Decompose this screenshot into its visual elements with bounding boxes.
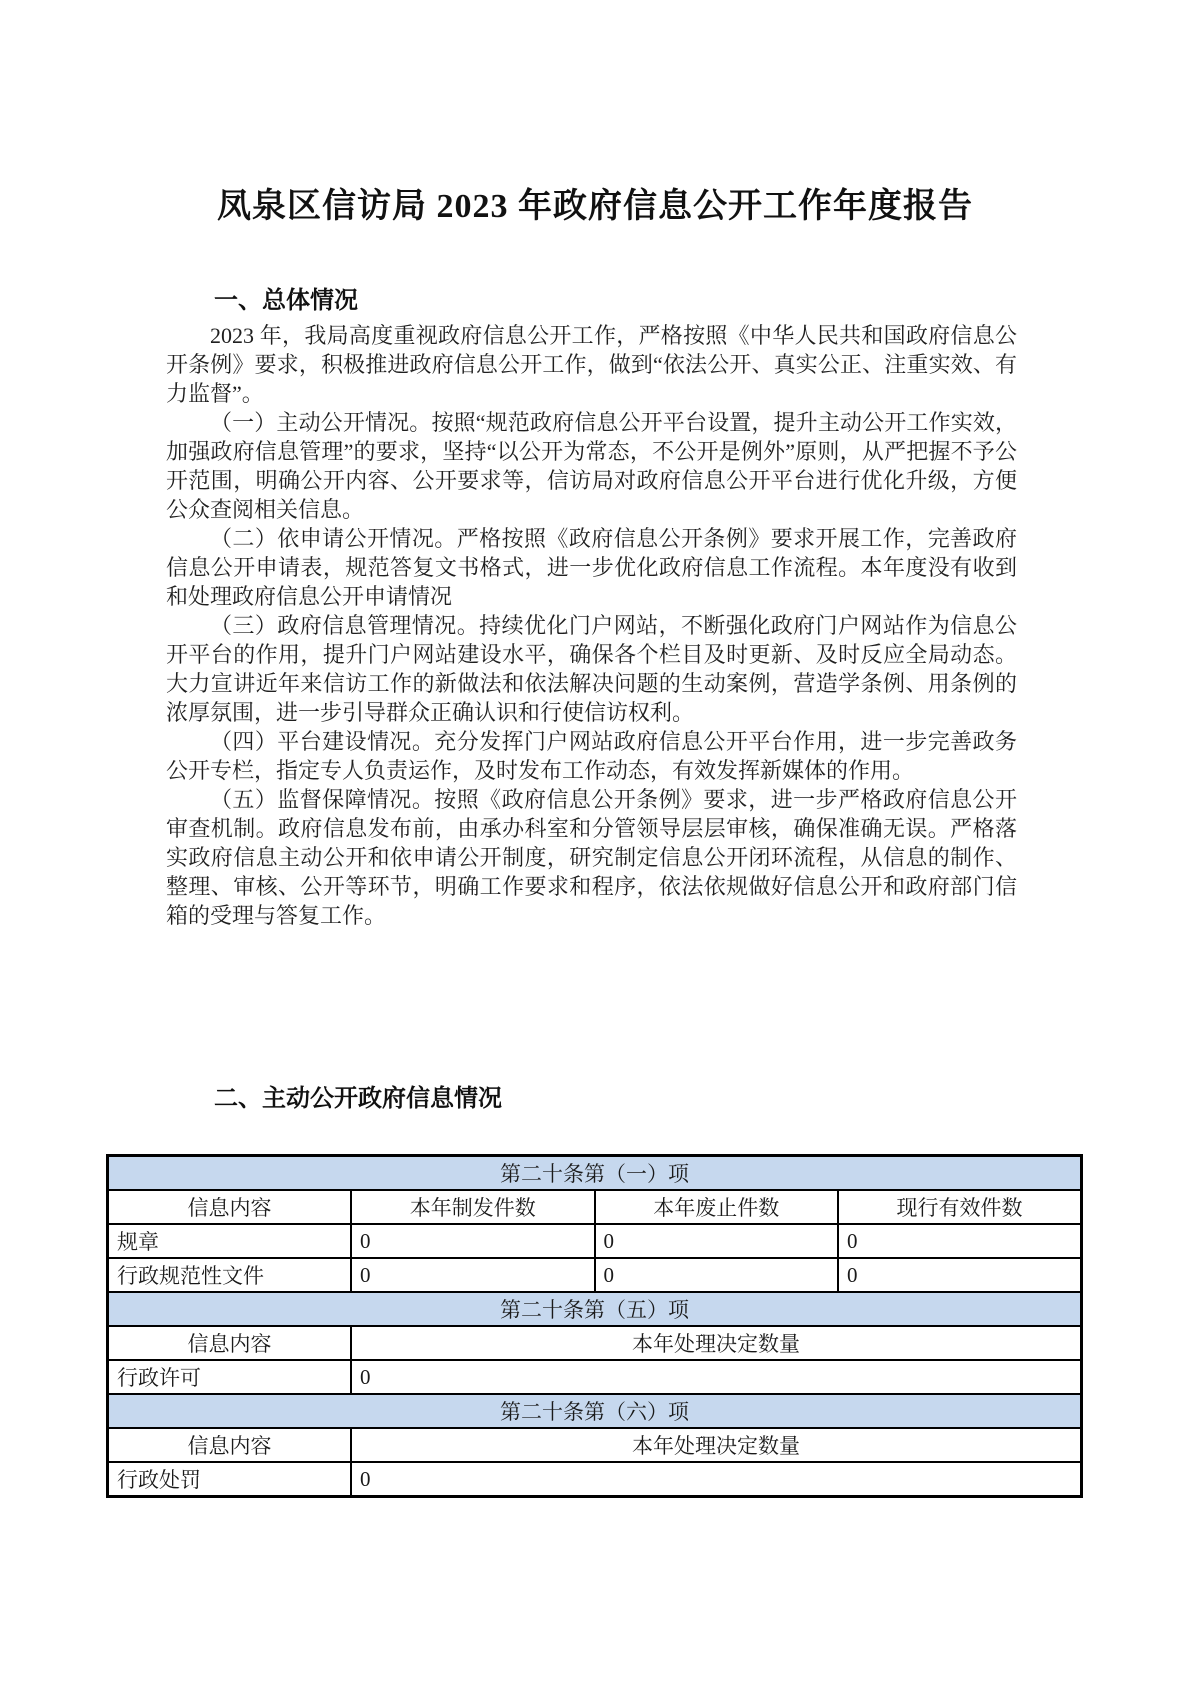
- column-header-currently-valid: 现行有效件数: [838, 1190, 1082, 1224]
- paragraph-proactive-disclosure: （一）主动公开情况。按照“规范政府信息公开平台设置，提升主动公开工作实效，加强政…: [166, 408, 1017, 524]
- section1-body: 2023 年，我局高度重视政府信息公开工作，严格按照《中华人民共和国政府信息公开…: [166, 321, 1017, 930]
- table-row: 行政规范性文件 0 0 0: [108, 1258, 1082, 1292]
- table-row: 第二十条第（一）项: [108, 1156, 1082, 1191]
- table-section-band-article20-item6: 第二十条第（六）项: [108, 1394, 1082, 1428]
- table-cell: 0: [351, 1258, 595, 1292]
- disclosure-statistics-table: 第二十条第（一）项 信息内容 本年制发件数 本年废止件数 现行有效件数 规章 0…: [106, 1154, 1083, 1498]
- table-row: 第二十条第（五）项: [108, 1292, 1082, 1326]
- table-cell: 0: [595, 1224, 839, 1258]
- table-section-band-article20-item5: 第二十条第（五）项: [108, 1292, 1082, 1326]
- table-row: 信息内容 本年制发件数 本年废止件数 现行有效件数: [108, 1190, 1082, 1224]
- table-row: 规章 0 0 0: [108, 1224, 1082, 1258]
- report-page: 凤泉区信访局 2023 年政府信息公开工作年度报告 一、总体情况 2023 年，…: [0, 0, 1190, 1683]
- table-row: 信息内容 本年处理决定数量: [108, 1326, 1082, 1360]
- paragraph-supervision-guarantee: （五）监督保障情况。按照《政府信息公开条例》要求，进一步严格政府信息公开审查机制…: [166, 785, 1017, 930]
- column-header-info-content: 信息内容: [108, 1428, 352, 1462]
- table-cell: 0: [838, 1258, 1082, 1292]
- column-header-info-content: 信息内容: [108, 1190, 352, 1224]
- table-row: 信息内容 本年处理决定数量: [108, 1428, 1082, 1462]
- column-header-issued-this-year: 本年制发件数: [351, 1190, 595, 1224]
- row-label-administrative-license: 行政许可: [108, 1360, 352, 1394]
- section2-heading: 二、主动公开政府信息情况: [166, 1078, 1017, 1113]
- paragraph-information-management: （三）政府信息管理情况。持续优化门户网站，不断强化政府门户网站作为信息公开平台的…: [166, 611, 1017, 727]
- table-row: 行政处罚 0: [108, 1462, 1082, 1497]
- table-cell: 0: [351, 1462, 1082, 1497]
- paragraph-disclosure-upon-request: （二）依申请公开情况。严格按照《政府信息公开条例》要求开展工作，完善政府信息公开…: [166, 524, 1017, 611]
- column-header-decisions-this-year: 本年处理决定数量: [351, 1428, 1082, 1462]
- table-row: 第二十条第（六）项: [108, 1394, 1082, 1428]
- table-cell: 0: [595, 1258, 839, 1292]
- table-cell: 0: [351, 1360, 1082, 1394]
- row-label-regulations: 规章: [108, 1224, 352, 1258]
- table-row: 行政许可 0: [108, 1360, 1082, 1394]
- page-title: 凤泉区信访局 2023 年政府信息公开工作年度报告: [0, 178, 1190, 227]
- column-header-info-content: 信息内容: [108, 1326, 352, 1360]
- row-label-administrative-penalty: 行政处罚: [108, 1462, 352, 1497]
- paragraph-overview: 2023 年，我局高度重视政府信息公开工作，严格按照《中华人民共和国政府信息公开…: [166, 321, 1017, 408]
- table-section-band-article20-item1: 第二十条第（一）项: [108, 1156, 1082, 1191]
- table-cell: 0: [351, 1224, 595, 1258]
- column-header-repealed-this-year: 本年废止件数: [595, 1190, 839, 1224]
- paragraph-platform-construction: （四）平台建设情况。充分发挥门户网站政府信息公开平台作用，进一步完善政务公开专栏…: [166, 727, 1017, 785]
- section1-heading: 一、总体情况: [166, 280, 1017, 315]
- column-header-decisions-this-year: 本年处理决定数量: [351, 1326, 1082, 1360]
- row-label-normative-documents: 行政规范性文件: [108, 1258, 352, 1292]
- table-cell: 0: [838, 1224, 1082, 1258]
